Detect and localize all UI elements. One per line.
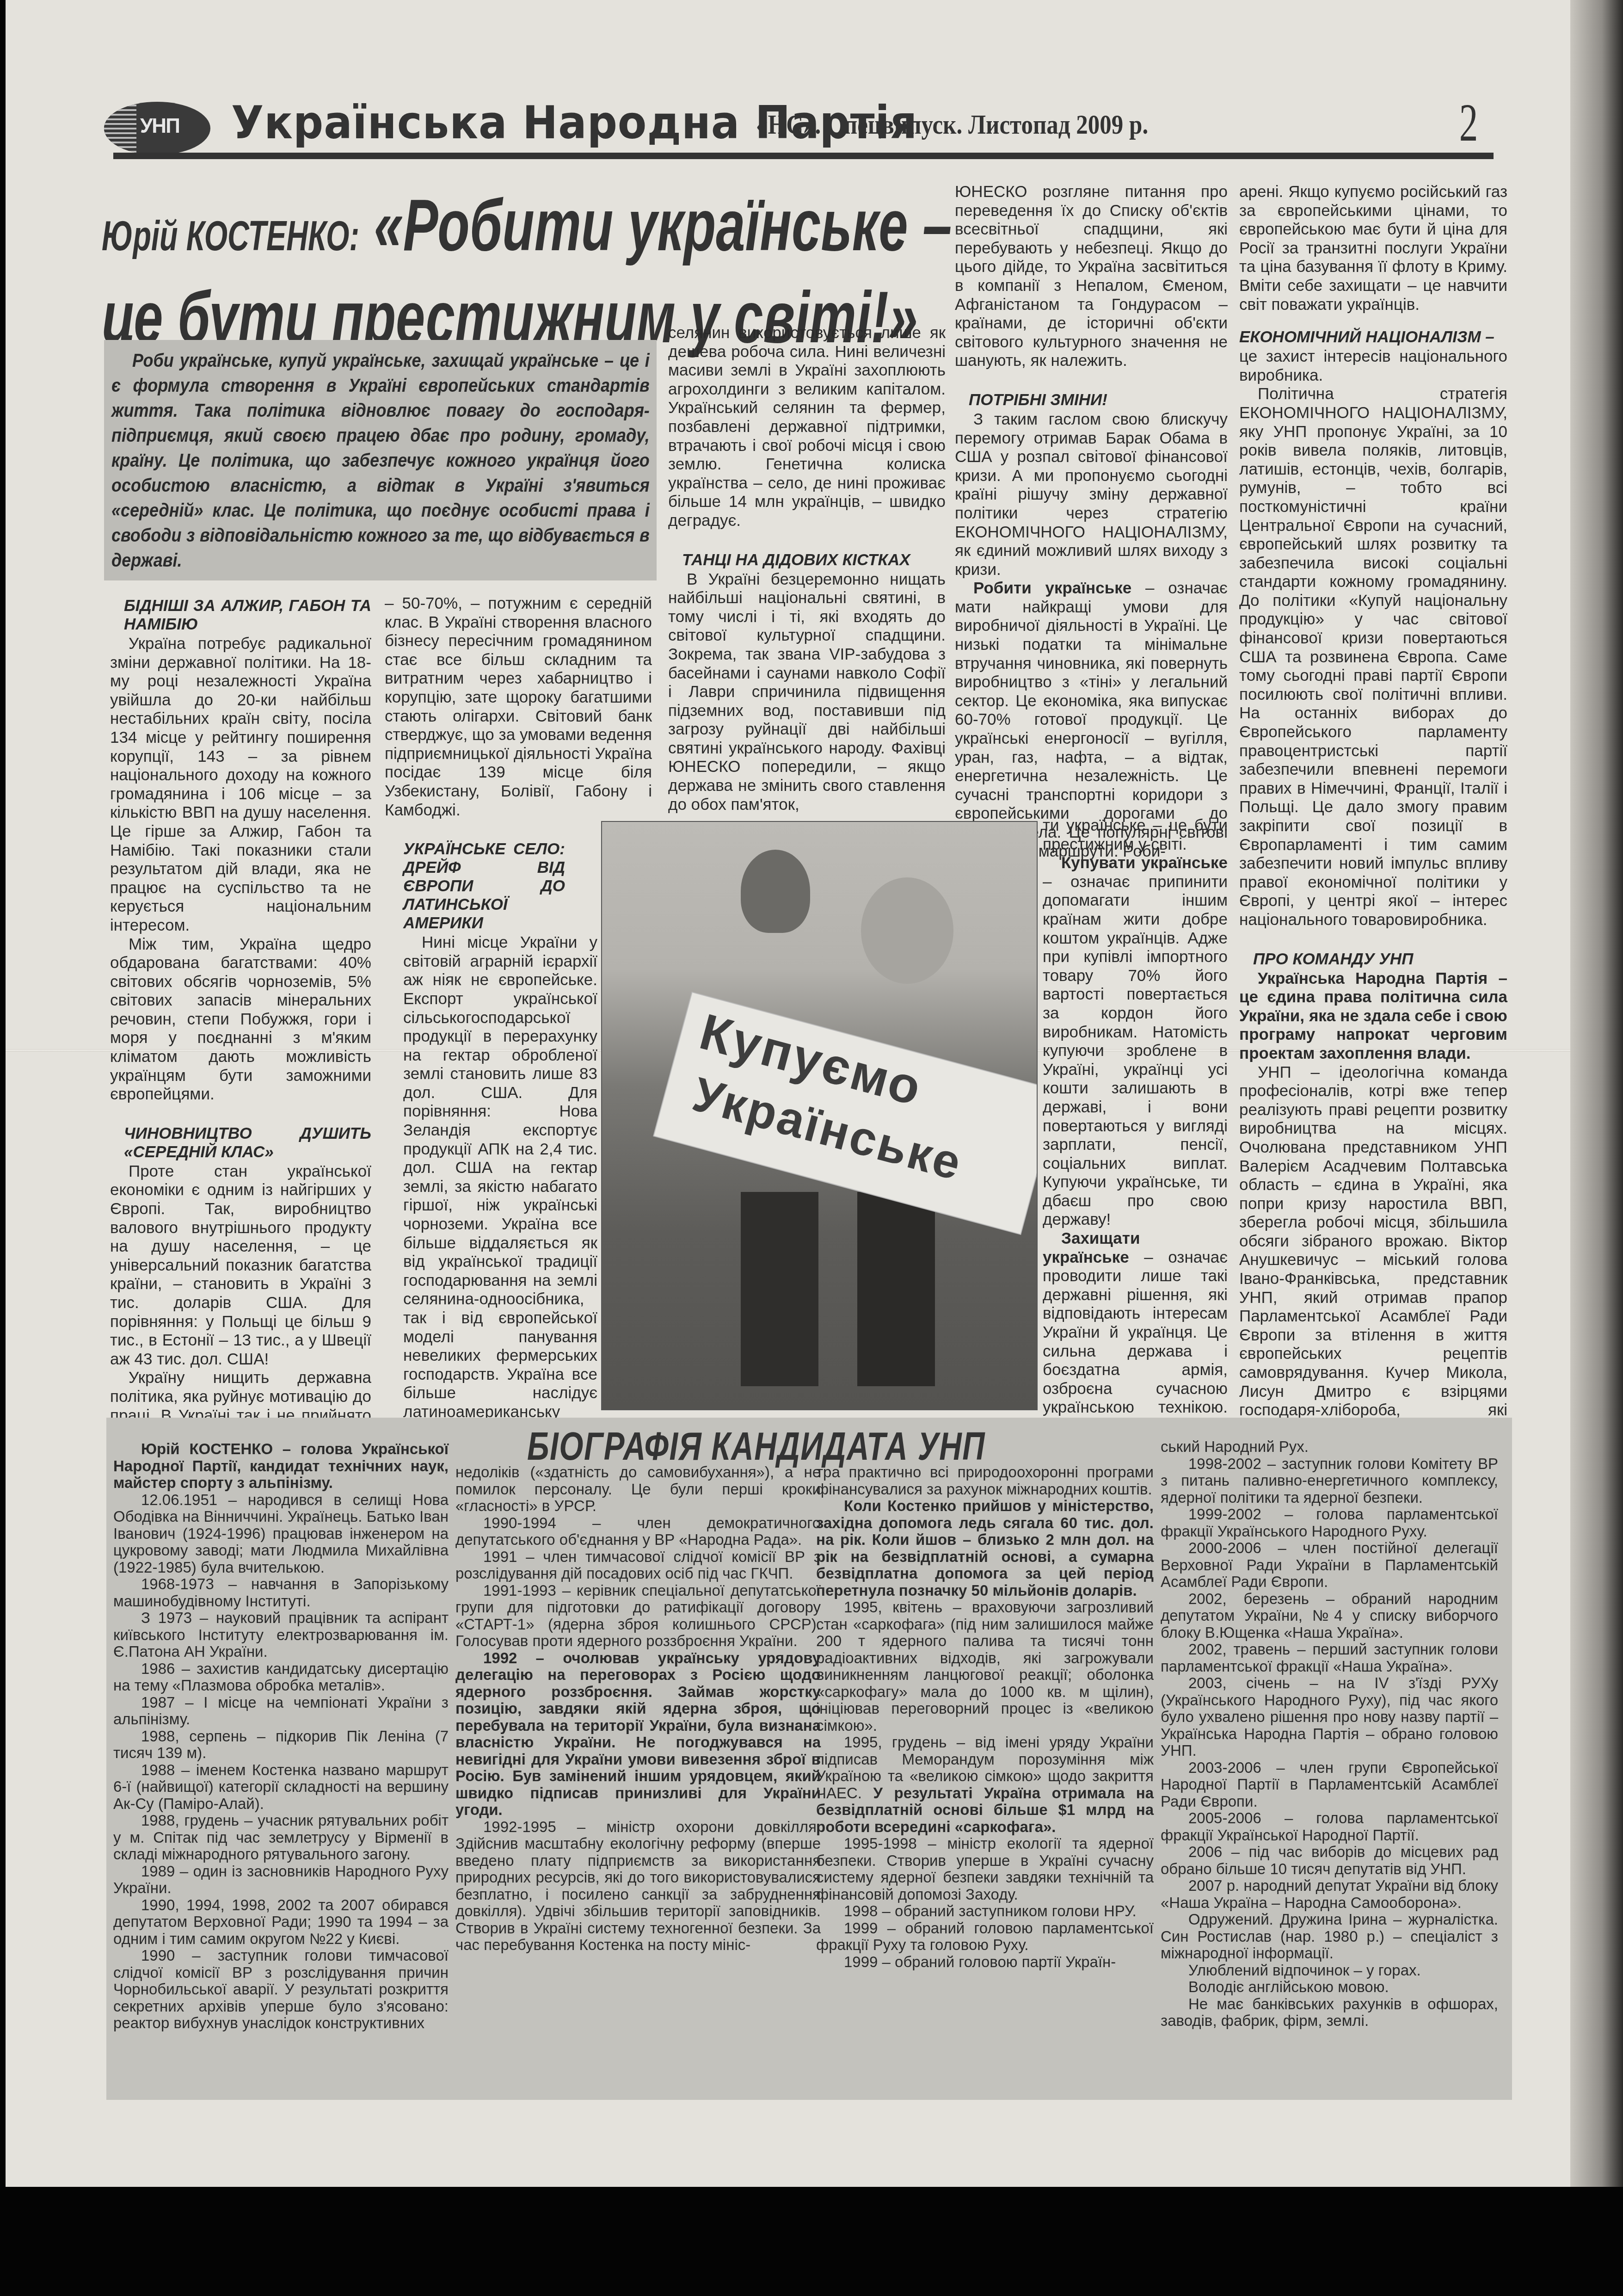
- bio-column-4: ський Народний Рух.1998-2002 – заступник…: [1161, 1438, 1498, 2030]
- bio-entry-text: недоліків («здатність до самовибухання»)…: [455, 1463, 821, 1514]
- headline: Юрій КОСТЕНКО: «Робити українське – це б…: [102, 185, 711, 358]
- bio-entry: 2006 – під час виборів до місцевих рад о…: [1161, 1844, 1498, 1877]
- bio-entry: Юрій КОСТЕНКО – голова Української Народ…: [113, 1441, 449, 1492]
- paragraph: Проте стан української економіки є одним…: [110, 1162, 371, 1369]
- bio-entry: 2000-2006 – член постійної делегації Вер…: [1161, 1540, 1498, 1591]
- bio-entry-text: 2006 – під час виборів до місцевих рад о…: [1161, 1843, 1498, 1877]
- bio-column-3: тра практично всі природоохоронні програ…: [816, 1464, 1154, 1970]
- bio-entry: 2002, травень – перший заступник голови …: [1161, 1641, 1498, 1675]
- page-number: 2: [1459, 93, 1478, 154]
- subheading: Українське село: дрейф від Європи до Лат…: [403, 840, 565, 932]
- bio-entry: 1988, серпень – підкорив Пік Леніна (7 т…: [113, 1728, 449, 1762]
- bio-entry: Одружений. Дружина Ірина – журналістка. …: [1161, 1911, 1498, 1962]
- bio-entry-text: 1990, 1994, 1998, 2002 та 2007 обирався …: [113, 1896, 449, 1947]
- bio-entry-text: 1995, квітень – враховуючи загрозливий с…: [816, 1599, 1154, 1734]
- bio-entry-text: 1991 – член тимчасової слідчої комісії В…: [455, 1548, 821, 1582]
- masthead-rule: [113, 153, 1494, 159]
- bio-entry: 1989 – один із засновників Народного Рух…: [113, 1863, 449, 1897]
- bio-entry: 1999-2002 – голова парламентської фракці…: [1161, 1506, 1498, 1540]
- bio-entry-text: 1995-1998 – міністр екології та ядерної …: [816, 1835, 1154, 1903]
- bio-entry: 2003-2006 – член групи Європейської Наро…: [1161, 1759, 1498, 1810]
- bio-entry-text: Улюблений відпочинок – у горах.: [1188, 1962, 1421, 1979]
- bio-entry-text: 1991-1993 – керівник спеціальної депутат…: [455, 1582, 821, 1650]
- paragraph: це захист інтересів національного виробн…: [1239, 347, 1507, 385]
- bold-lead: Купувати українське: [1061, 854, 1228, 872]
- bio-entry-text: 1988, серпень – підкорив Пік Леніна (7 т…: [113, 1728, 449, 1762]
- bio-entry: недоліків («здатність до самовибухання»)…: [455, 1464, 821, 1515]
- bio-entry: 1990-1994 – член демократичного депутатс…: [455, 1515, 821, 1549]
- bold-lead: Захищати українське: [1043, 1229, 1140, 1266]
- headline-line1: «Робити українське –: [374, 185, 952, 266]
- bio-entry: 2005-2006 – голова парламентської фракці…: [1161, 1810, 1498, 1844]
- paragraph: ЮНЕСКО розгляне питання про переведення …: [955, 183, 1228, 370]
- bio-entry-text: 1998 – обраний заступником голови НРУ.: [844, 1902, 1137, 1920]
- bio-entry: 2002, березень – обраний народним депута…: [1161, 1591, 1498, 1642]
- paragraph: – 50-70%, – потужним є середній клас. В …: [385, 594, 652, 820]
- bio-entry: 1968-1973 – навчання в Запорізькому маши…: [113, 1576, 449, 1610]
- logo-stripes: [104, 102, 136, 155]
- column-5: арені. Якщо купуємо російський газ за єв…: [1239, 183, 1507, 1532]
- bio-entry-text: 1999 – обраний головою партії Україн-: [844, 1953, 1116, 1970]
- paragraph: Політична стратегія ЕКОНОМІЧНОГО НАЦІОНА…: [1239, 385, 1507, 929]
- bio-entry: 1987 – I місце на чемпіонаті України з а…: [113, 1694, 449, 1728]
- bio-entry: 1991-1993 – керівник спеціальної депутат…: [455, 1582, 821, 1650]
- bio-column-1: Юрій КОСТЕНКО – голова Української Народ…: [113, 1441, 449, 2032]
- bio-entry-text: 2007 р. народний депутат України від бло…: [1161, 1877, 1498, 1911]
- bio-entry: 1998 – обраний заступником голови НРУ.: [816, 1903, 1154, 1920]
- photo-person-woman: [861, 877, 953, 984]
- bio-entry-text: 1998-2002 – заступник голови Комітету ВР…: [1161, 1455, 1498, 1506]
- paragraph: В Україні безцеремонно нищать найбільші …: [668, 570, 946, 815]
- paragraph: Україна потребує радикальної зміни держа…: [110, 635, 371, 935]
- bio-entry-text: 1992 – очолював українську урядову делег…: [455, 1649, 821, 1819]
- bio-entry: 1988, грудень – учасник рятувальних робі…: [113, 1812, 449, 1863]
- bio-entry: 1998-2002 – заступник голови Комітету ВР…: [1161, 1456, 1498, 1506]
- subheading: Економічний націоналізм –: [1239, 328, 1507, 346]
- lead-text: Роби українське, купуй українське, захищ…: [111, 348, 650, 573]
- column-1: Бідніші за Алжир, Габон та Намібію Украї…: [110, 597, 371, 1519]
- bio-entry-text: 1987 – I місце на чемпіонаті України з а…: [113, 1694, 449, 1728]
- bio-entry-text: Коли Костенко прийшов у міністерство, за…: [816, 1497, 1154, 1599]
- subheading: Бідніші за Алжир, Габон та Намібію: [124, 597, 371, 634]
- bio-entry: 1986 – захистив кандидатську дисертацію …: [113, 1660, 449, 1694]
- bio-entry-text: 1992-1995 – міністр охорони довкілля. Зд…: [455, 1818, 821, 1954]
- bio-entry-text: 1986 – захистив кандидатську дисертацію …: [113, 1660, 449, 1694]
- bio-entry: 1995, грудень – від імені уряду України …: [816, 1734, 1154, 1835]
- subheading: Танці на дідових кістках: [682, 551, 946, 569]
- bio-entry-text: 2003, січень – на IV з'їзді РУХу (Україн…: [1161, 1674, 1498, 1759]
- bio-entry: 2003, січень – на IV з'їзді РУХу (Україн…: [1161, 1675, 1498, 1759]
- paragraph: З таким гаслом свою блискучу перемогу от…: [955, 410, 1228, 579]
- bio-entry: З 1973 – науковий працівник та аспірант …: [113, 1610, 449, 1660]
- biography-title: БІОГРАФІЯ КАНДИДАТА УНП: [527, 1424, 985, 1469]
- bio-entry: 1992-1995 – міністр охорони довкілля. Зд…: [455, 1819, 821, 1954]
- bio-entry-text: 1988, грудень – учасник рятувальних робі…: [113, 1812, 449, 1863]
- bio-entry: 1990 – заступник голови тимчасової слідч…: [113, 1947, 449, 2032]
- party-logo-icon: УНП: [104, 102, 210, 155]
- bio-entry-text: Одружений. Дружина Ірина – журналістка. …: [1161, 1911, 1498, 1962]
- bio-entry-text: 2002, травень – перший заступник голови …: [1161, 1641, 1498, 1675]
- bio-entry-text: 1989 – один із засновників Народного Рух…: [113, 1863, 449, 1897]
- bio-entry: 1991 – член тимчасової слідчої комісії В…: [455, 1549, 821, 1582]
- bio-entry-text: 1988 – іменем Костенка названо маршрут 6…: [113, 1761, 449, 1812]
- bio-entry: 1995-1998 – міністр екології та ядерної …: [816, 1835, 1154, 1903]
- column-4-lower: ти українське – це бути престижним у сві…: [1043, 816, 1228, 1474]
- bio-entry: 1995, квітень – враховуючи загрозливий с…: [816, 1599, 1154, 1734]
- bio-entry: 1988 – іменем Костенка названо маршрут 6…: [113, 1762, 449, 1813]
- bio-entry-text: 1968-1973 – навчання в Запорізькому маши…: [113, 1575, 449, 1610]
- bio-entry-text: 2003-2006 – член групи Європейської Наро…: [1161, 1759, 1498, 1810]
- page-edge-shadow: [1570, 0, 1623, 2187]
- bio-entry: Володіє англійською мовою.: [1161, 1979, 1498, 1996]
- bio-entry: Коли Костенко прийшов у міністерство, за…: [816, 1498, 1154, 1599]
- column-4: ЮНЕСКО розгляне питання про переведення …: [955, 183, 1228, 861]
- bio-entry-text: 2000-2006 – член постійної делегації Вер…: [1161, 1539, 1498, 1590]
- bio-entry-text: Не має банківських рахунків в офшорах, з…: [1161, 1995, 1498, 2030]
- bio-entry: ський Народний Рух.: [1161, 1438, 1498, 1456]
- paragraph: Українська Народна Партія – це єдина пра…: [1239, 969, 1507, 1063]
- photo-person-man: [741, 850, 810, 933]
- bio-entry-text: 1990-1994 – член демократичного депутатс…: [455, 1514, 821, 1549]
- headline-author: Юрій КОСТЕНКО:: [102, 213, 359, 259]
- bio-entry: 1999 – обраний головою парламентської фр…: [816, 1920, 1154, 1954]
- lead-box: Роби українське, купуй українське, захищ…: [104, 340, 657, 580]
- bio-entry-text: 1999 – обраний головою парламентської фр…: [816, 1920, 1154, 1954]
- bio-entry-bold: У результаті Україна отримала на безвідп…: [816, 1784, 1154, 1835]
- bio-entry-text: ський Народний Рух.: [1161, 1438, 1309, 1455]
- paragraph: Купувати українське – означає припинити …: [1043, 854, 1228, 1229]
- bio-entry: 2007 р. народний депутат України від бло…: [1161, 1877, 1498, 1911]
- paragraph: селянин використовується лише як дешева …: [668, 324, 946, 531]
- paragraph-text: – означає припинити допомагати іншим кра…: [1043, 873, 1228, 1229]
- bio-entry-text: Юрій КОСТЕНКО – голова Української Народ…: [113, 1440, 449, 1491]
- rally-photo: Купуємо Українське: [601, 821, 1038, 1410]
- bio-entry: 12.06.1951 – народився в селищі Нова Обо…: [113, 1492, 449, 1576]
- bio-entry: 1992 – очолював українську урядову делег…: [455, 1650, 821, 1819]
- subheading: Потрібні зміни!: [969, 391, 1228, 409]
- logo-text: УНП: [140, 115, 179, 138]
- subheading: Чиновництво душить «середній клас»: [124, 1124, 371, 1161]
- bio-entry: 1990, 1994, 1998, 2002 та 2007 обирався …: [113, 1897, 449, 1948]
- bio-column-2: недоліків («здатність до самовибухання»)…: [455, 1464, 821, 1954]
- bio-entry: Улюблений відпочинок – у горах.: [1161, 1962, 1498, 1979]
- photo-figures: [741, 1192, 1000, 1386]
- bold-lead: Робити українське: [973, 579, 1131, 597]
- bio-entry-text: 1990 – заступник голови тимчасової слідч…: [113, 1947, 449, 2031]
- issue-info: «НС». Спецвипуск. Листопад 2009 р.: [756, 109, 1148, 141]
- bio-entry-text: тра практично всі природоохоронні програ…: [816, 1463, 1154, 1498]
- subheading: Про команду УНП: [1253, 950, 1507, 969]
- paragraph: ти українське – це бути престижним у сві…: [1043, 816, 1228, 854]
- bio-entry-text: Володіє англійською мовою.: [1188, 1978, 1389, 1995]
- bio-entry-text: 12.06.1951 – народився в селищі Нова Обо…: [113, 1491, 449, 1576]
- bio-entry-text: 2005-2006 – голова парламентської фракці…: [1161, 1809, 1498, 1844]
- paragraph: Між тим, Україна щедро обдарована багатс…: [110, 935, 371, 1104]
- column-3: селянин використовується лише як дешева …: [668, 324, 946, 814]
- paragraph: арені. Якщо купуємо російський газ за єв…: [1239, 183, 1507, 314]
- bio-entry-text: 1999-2002 – голова парламентської фракці…: [1161, 1506, 1498, 1540]
- bio-entry-text: 2002, березень – обраний народним депута…: [1161, 1590, 1498, 1641]
- bio-entry-text: З 1973 – науковий працівник та аспірант …: [113, 1609, 449, 1660]
- paragraph: УНП – ідеологічна команда професіоналів,…: [1239, 1063, 1507, 1457]
- bio-entry: Не має банківських рахунків в офшорах, з…: [1161, 1996, 1498, 2030]
- bio-entry: тра практично всі природоохоронні програ…: [816, 1464, 1154, 1498]
- bio-entry: 1999 – обраний головою партії Україн-: [816, 1954, 1154, 1971]
